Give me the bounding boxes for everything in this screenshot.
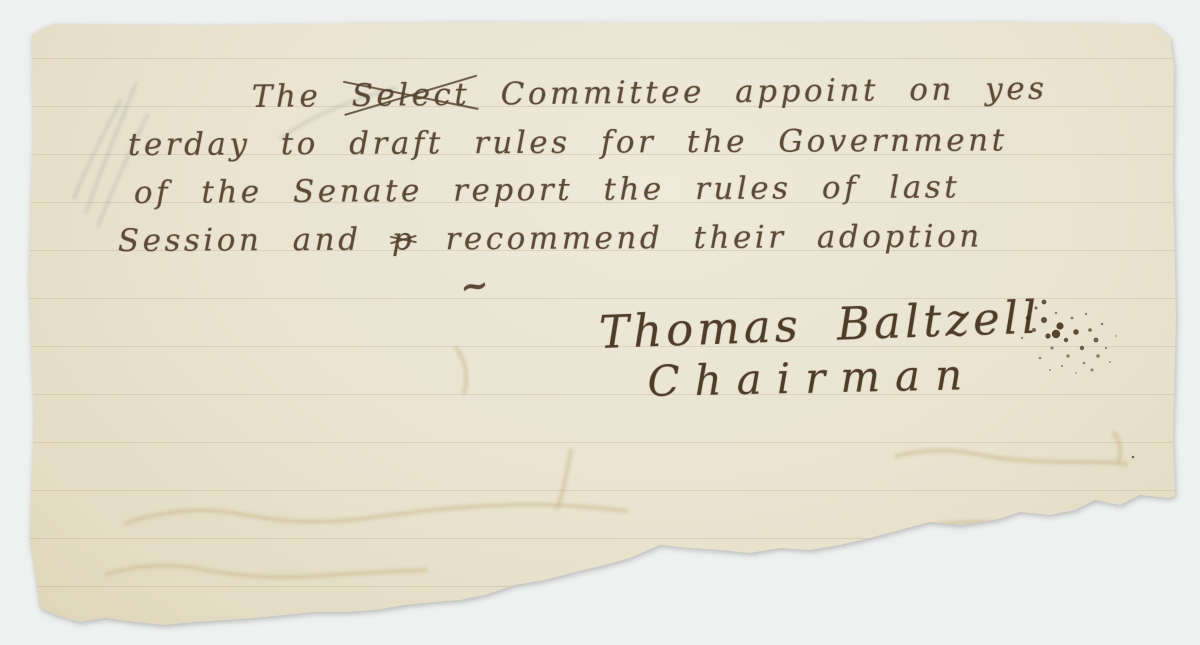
- ink-splatter: [26, 18, 1176, 632]
- letter-paper: The Select Committee appoint on yes terd…: [26, 18, 1176, 632]
- paper-shadow: The Select Committee appoint on yes terd…: [26, 18, 1176, 632]
- scan-background: The Select Committee appoint on yes terd…: [0, 0, 1200, 645]
